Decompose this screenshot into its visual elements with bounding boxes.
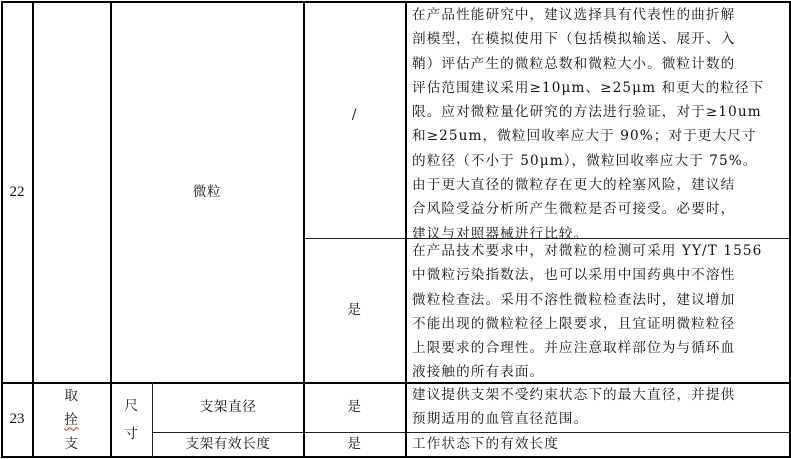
row-23-sub2-description: 工作状态下的有效长度: [406, 433, 789, 456]
description-line: 的粒径（不小于 50μm），微粒回收率应大于 75%。: [412, 149, 787, 173]
row-23-sub1-description: 建议提供支架不受约束状态下的最大直径，并提供 预期适用的血管直径范围。: [406, 383, 789, 432]
row-number: 23: [10, 411, 25, 428]
description-line: 不能出现的微粒粒径上限要求，且宜证明微粒粒径: [412, 312, 787, 336]
description-line: 预期适用的血管直径范围。: [412, 407, 787, 431]
row-number: 22: [10, 184, 25, 201]
description-line: 液接触的所有表面。: [412, 360, 787, 384]
row-22-sub1-required: /: [304, 2, 405, 238]
required-value: 是: [347, 298, 361, 322]
item-label: 支架有效长度: [185, 432, 270, 456]
description-line: 建议提供支架不受约束状态下的最大直径，并提供: [412, 383, 787, 407]
required-value: 是: [347, 395, 361, 419]
required-value: /: [352, 103, 357, 127]
description-line: 微粒检查法。采用不溶性微粒检查法时，建议增加: [412, 288, 787, 312]
item-label: 微粒: [193, 180, 221, 204]
row-23-category: 取 拴 支: [33, 383, 110, 456]
row-23-sub2-required: 是: [304, 433, 405, 456]
row-22-sub1-description: 在产品性能研究中，建议选择具有代表性的曲折解 剖模型，在模拟使用下（包括模拟输送…: [406, 3, 789, 238]
category-char-spellcheck: 拴: [64, 408, 78, 432]
category-char: 取: [64, 384, 78, 408]
description-line: 在产品技术要求中，对微粒的检测可采用 YY/T 1556: [412, 239, 787, 263]
description-line: 在产品性能研究中，建议选择具有代表性的曲折解: [412, 3, 787, 27]
description-line: 鞘）评估产生的微粒总数和微粒大小。微粒计数的: [412, 52, 787, 76]
table-border-right: [789, 1, 791, 458]
description-line: 上限要求的合理性。并应注意取样部位为与循环血: [412, 336, 787, 360]
row-23-subcategory: 尺 寸: [111, 383, 152, 456]
row-23-sub1-required: 是: [304, 383, 405, 432]
subcategory-char: 尺: [124, 392, 138, 420]
row-22-category: [33, 2, 110, 382]
description-line: 评估范围建议采用≥10μm、≥25μm 和更大的粒径下: [412, 76, 787, 100]
description-line: 工作状态下的有效长度: [412, 433, 787, 456]
table-border-bottom: [1, 456, 790, 458]
description-line: 合风险受益分析所产生微粒是否可接受。必要时，: [412, 197, 787, 221]
description-line: 和≥25um，微粒回收率应大于 90%；对于更大尺寸: [412, 124, 787, 148]
description-line: 限。应对微粒量化研究的方法进行验证，对于≥10um: [412, 100, 787, 124]
row-22-item: 微粒: [111, 2, 303, 382]
item-label: 支架直径: [200, 395, 257, 419]
row-23-sub1-item: 支架直径: [153, 383, 303, 432]
row-22-sub2-description: 在产品技术要求中，对微粒的检测可采用 YY/T 1556 中微粒污染指数法，也可…: [406, 239, 789, 382]
subcategory-char: 寸: [124, 420, 138, 448]
row-23-sub2-item: 支架有效长度: [153, 433, 303, 456]
row-22-sub2-required: 是: [304, 239, 405, 382]
description-line: 中微粒污染指数法，也可以采用中国药典中不溶性: [412, 263, 787, 287]
description-line: 剖模型，在模拟使用下（包括模拟输送、展开、入: [412, 27, 787, 51]
category-char: 支: [64, 432, 78, 456]
row-22-number: 22: [2, 2, 32, 382]
row-23-number: 23: [2, 383, 32, 456]
description-line: 由于更大直径的微粒存在更大的栓塞风险，建议结: [412, 173, 787, 197]
required-value: 是: [347, 432, 361, 456]
